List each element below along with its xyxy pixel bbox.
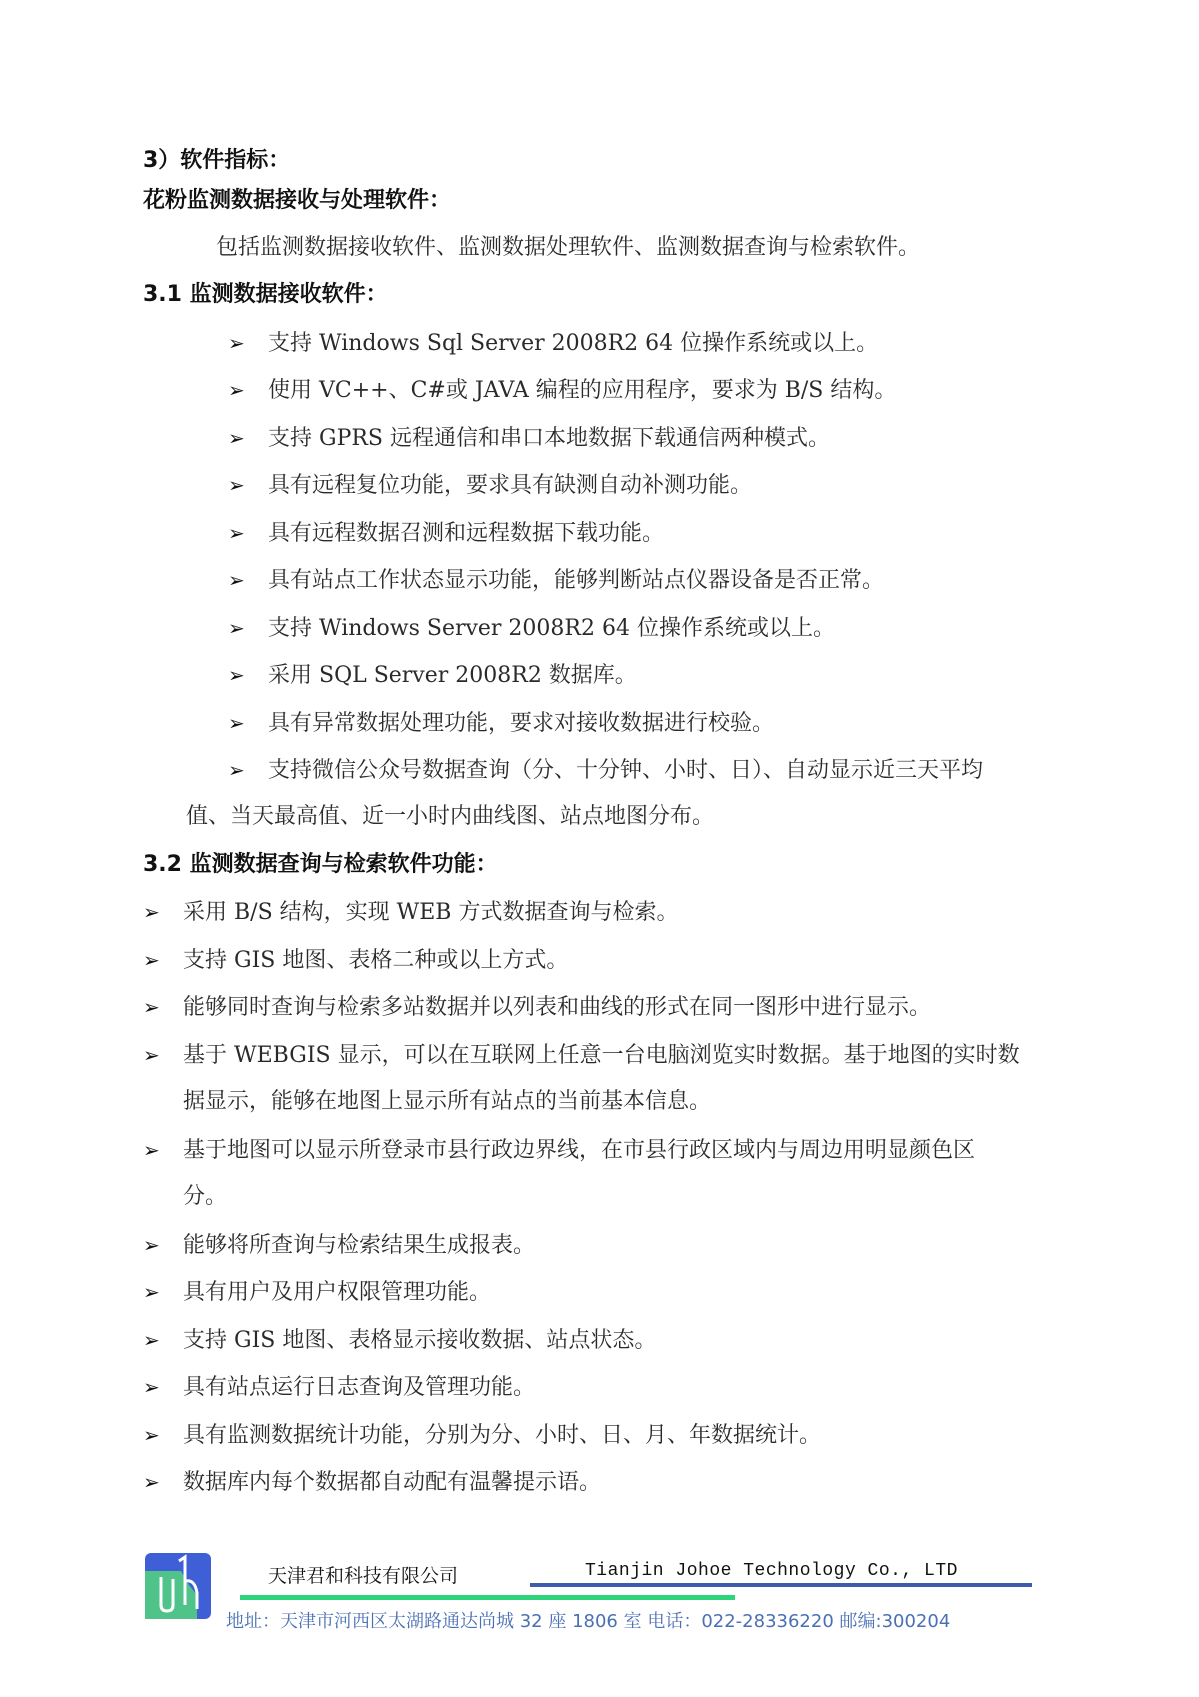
bullet-arrow-icon: ➢: [143, 1467, 183, 1497]
bullet-arrow-icon: ➢: [228, 755, 268, 785]
bullet-arrow-icon: ➢: [228, 375, 268, 405]
section-3-2-heading: 3.2 监测数据查询与检索软件功能：: [143, 850, 498, 880]
bullet-arrow-icon: ➢: [228, 613, 268, 643]
footer-green-divider: [240, 1595, 735, 1600]
bullet-arrow-icon: ➢: [143, 1277, 183, 1307]
company-name-en: Tianjin Johoe Technology Co., LTD: [585, 1561, 958, 1581]
list-item: ➢具有异常数据处理功能，要求对接收数据进行校验。: [228, 708, 774, 739]
list-item: ➢支持 GIS 地图、表格显示接收数据、站点状态。: [143, 1325, 656, 1356]
section-title: 3）软件指标：: [143, 146, 290, 176]
list-item: ➢具有远程数据召测和远程数据下载功能。: [228, 518, 664, 549]
bullet-arrow-icon: ➢: [143, 992, 183, 1022]
bullet-arrow-icon: ➢: [228, 470, 268, 500]
list-item: ➢采用 B/S 结构，实现 WEB 方式数据查询与检索。: [143, 897, 678, 928]
list-item: ➢数据库内每个数据都自动配有温馨提示语。: [143, 1467, 601, 1498]
list-item: ➢采用 SQL Server 2008R2 数据库。: [228, 660, 637, 691]
list-item: ➢基于 WEBGIS 显示，可以在互联网上任意一台电脑浏览实时数据。基于地图的实…: [143, 1040, 1020, 1071]
bullet-arrow-icon: ➢: [228, 565, 268, 595]
bullet-arrow-icon: ➢: [228, 328, 268, 358]
list-item-continuation: 分。: [183, 1182, 227, 1212]
bullet-arrow-icon: ➢: [228, 708, 268, 738]
bullet-arrow-icon: ➢: [143, 945, 183, 975]
bullet-arrow-icon: ➢: [228, 518, 268, 548]
list-item: ➢具有远程复位功能，要求具有缺测自动补测功能。: [228, 470, 752, 501]
bullet-arrow-icon: ➢: [228, 423, 268, 453]
bullet-arrow-icon: ➢: [143, 1135, 183, 1165]
bullet-arrow-icon: ➢: [143, 1040, 183, 1070]
list-item: ➢具有站点工作状态显示功能，能够判断站点仪器设备是否正常。: [228, 565, 884, 596]
list-item: ➢使用 VC++、C#或 JAVA 编程的应用程序，要求为 B/S 结构。: [228, 375, 896, 406]
company-logo-icon: [145, 1553, 211, 1619]
bullet-arrow-icon: ➢: [143, 1325, 183, 1355]
list-item: ➢具有用户及用户权限管理功能。: [143, 1277, 491, 1308]
bullet-arrow-icon: ➢: [143, 1372, 183, 1402]
list-item: ➢支持 GIS 地图、表格二种或以上方式。: [143, 945, 568, 976]
list-item: ➢支持 Windows Server 2008R2 64 位操作系统或以上。: [228, 613, 835, 644]
list-item: ➢支持 GPRS 远程通信和串口本地数据下载通信两种模式。: [228, 423, 830, 454]
intro-paragraph: 包括监测数据接收软件、监测数据处理软件、监测数据查询与检索软件。: [216, 233, 920, 263]
bullet-arrow-icon: ➢: [228, 660, 268, 690]
list-item: ➢能够同时查询与检索多站数据并以列表和曲线的形式在同一图形中进行显示。: [143, 992, 931, 1023]
bullet-arrow-icon: ➢: [143, 1230, 183, 1260]
footer-blue-divider: [530, 1583, 1032, 1587]
list-item: ➢具有监测数据统计功能，分别为分、小时、日、月、年数据统计。: [143, 1420, 821, 1451]
bullet-arrow-icon: ➢: [143, 1420, 183, 1450]
section-3-1-heading: 3.1 监测数据接收软件：: [143, 280, 388, 310]
list-item: ➢支持微信公众号数据查询（分、十分钟、小时、日）、自动显示近三天平均: [228, 755, 983, 786]
company-address: 地址：天津市河西区太湖路通达尚城 32 座 1806 室 电话：022-2833…: [226, 1607, 950, 1633]
list-item: ➢具有站点运行日志查询及管理功能。: [143, 1372, 535, 1403]
list-item: ➢支持 Windows Sql Server 2008R2 64 位操作系统或以…: [228, 328, 878, 359]
list-item-continuation: 据显示，能够在地图上显示所有站点的当前基本信息。: [183, 1087, 711, 1117]
bullet-arrow-icon: ➢: [143, 897, 183, 927]
company-name-cn: 天津君和科技有限公司: [268, 1561, 458, 1588]
subtitle: 花粉监测数据接收与处理软件：: [143, 186, 451, 216]
list-item: ➢能够将所查询与检索结果生成报表。: [143, 1230, 535, 1261]
list-item: ➢基于地图可以显示所登录市县行政边界线，在市县行政区域内与周边用明显颜色区: [143, 1135, 975, 1166]
list-item-continuation: 值、当天最高值、近一小时内曲线图、站点地图分布。: [186, 802, 714, 832]
